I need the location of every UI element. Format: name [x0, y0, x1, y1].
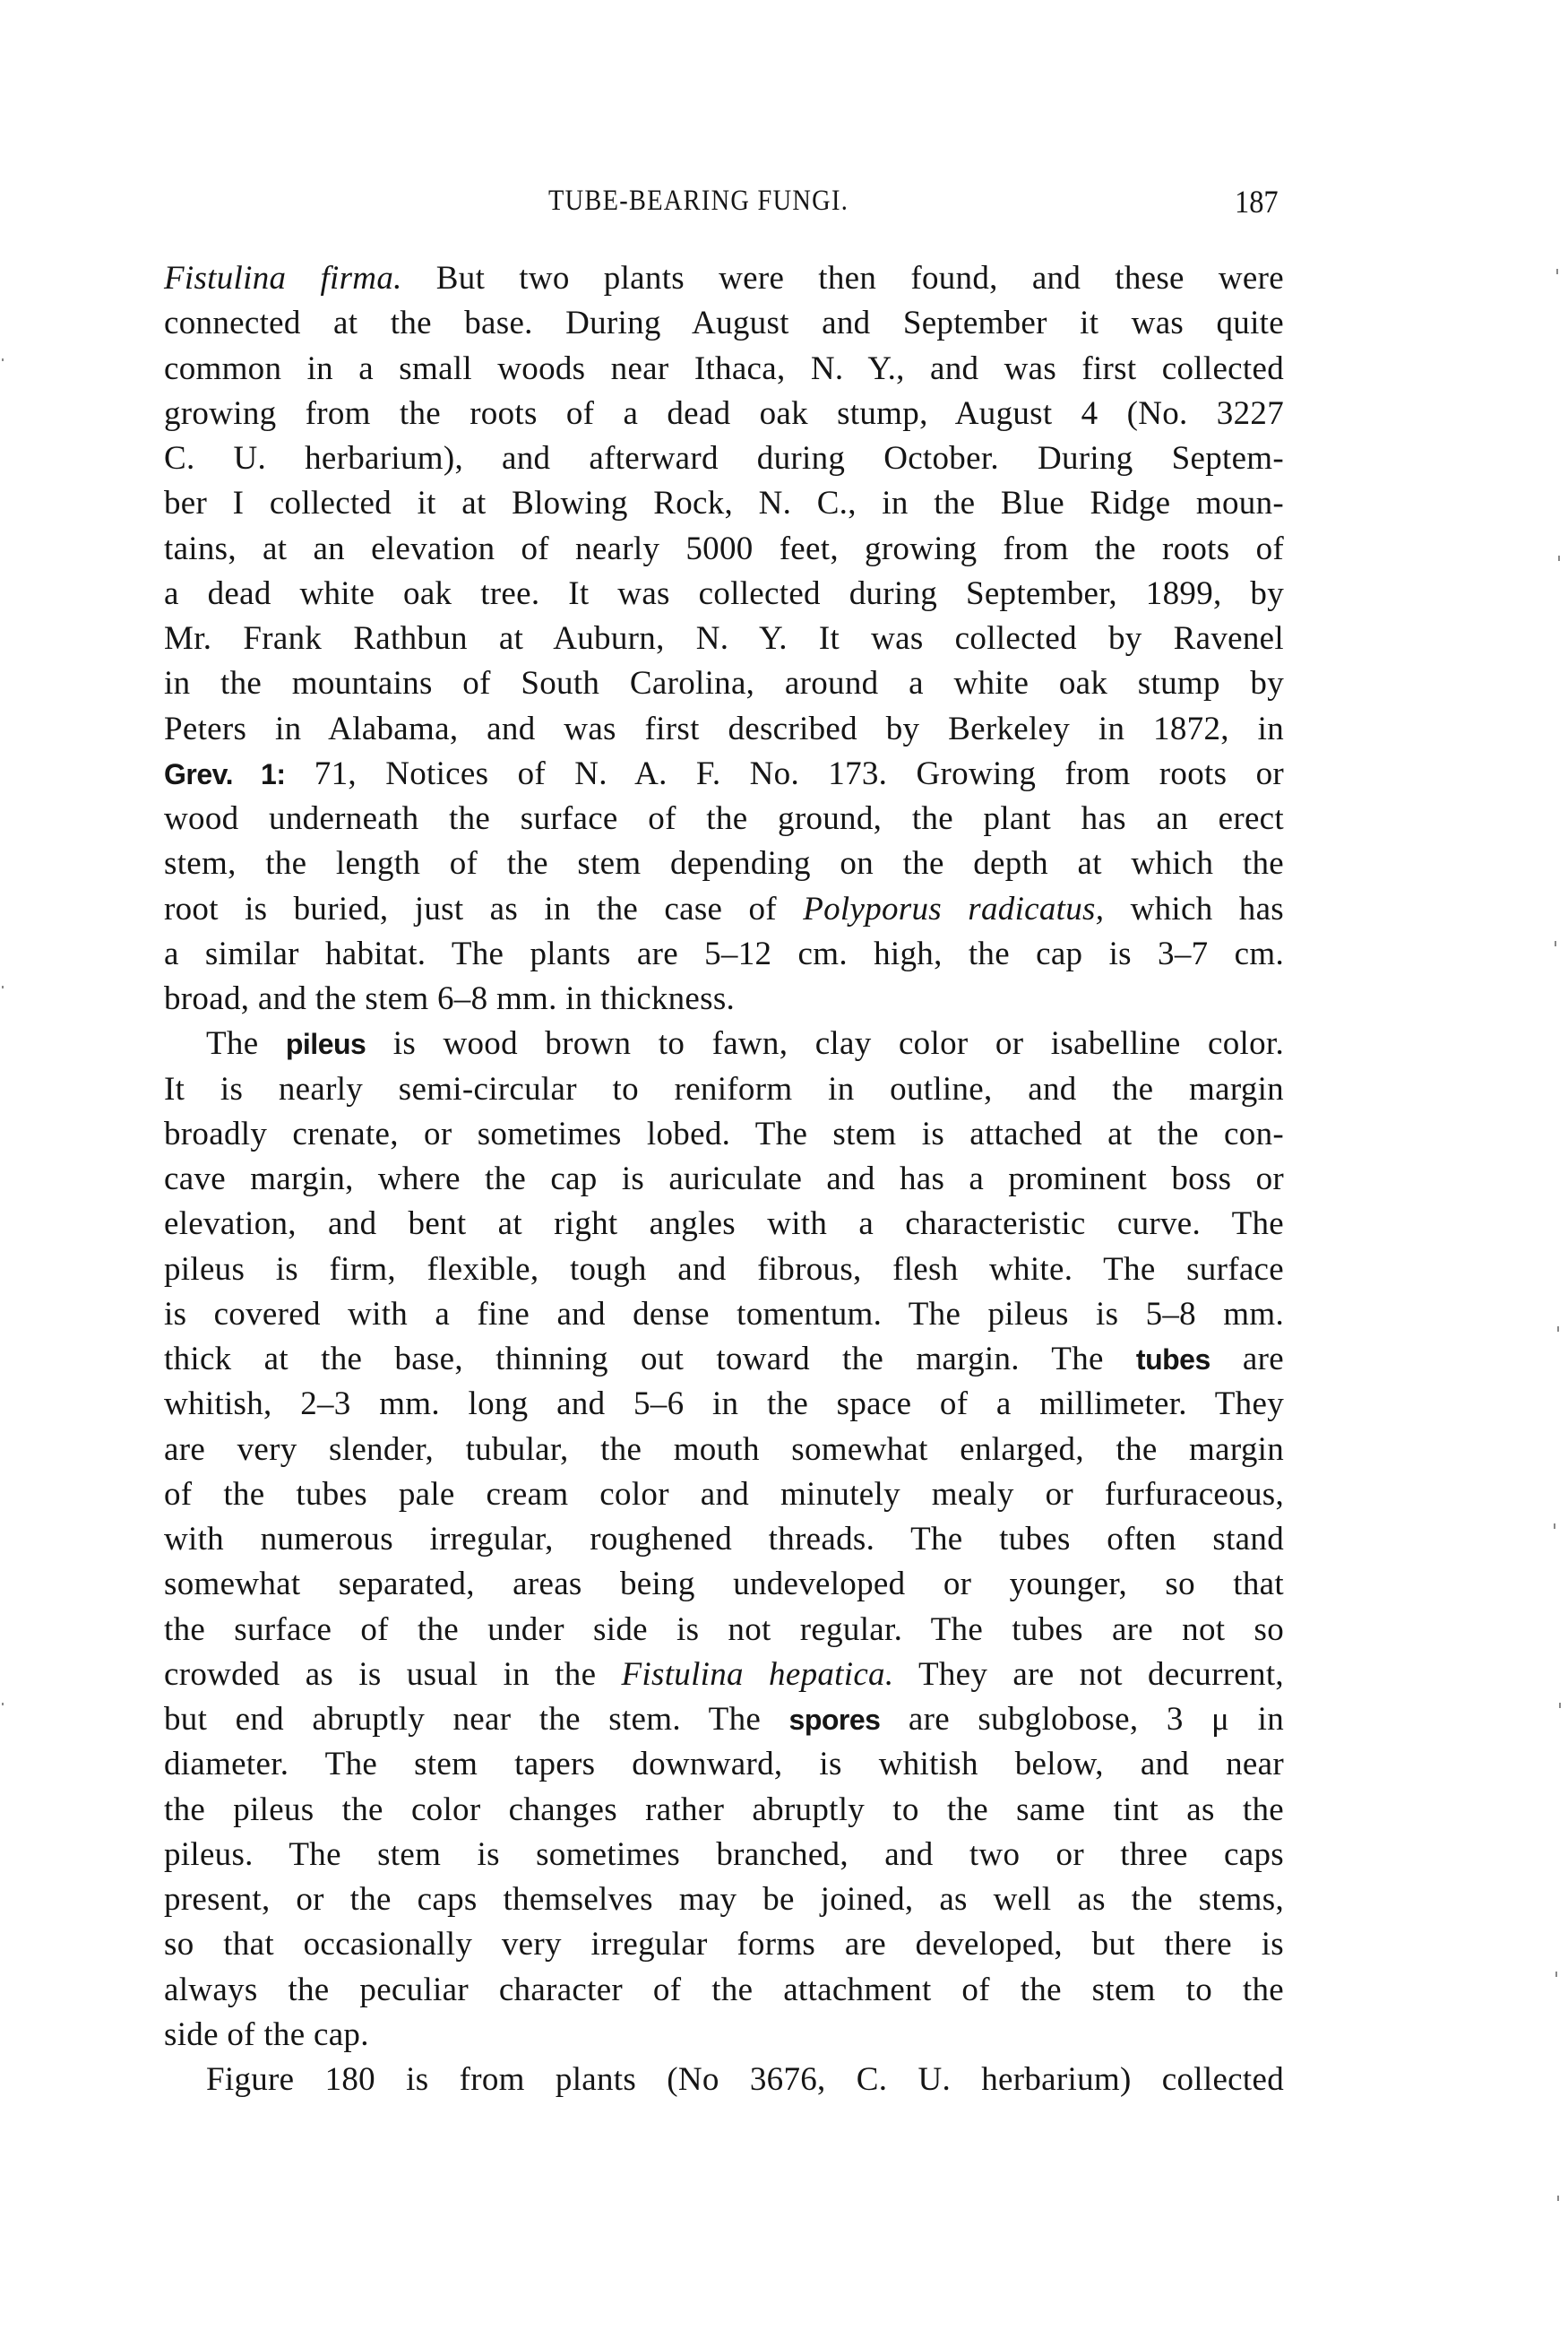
text-run: common in a small woods near Ithaca, N. …: [164, 350, 1284, 387]
text-run: tains, at an elevation of nearly 5000 fe…: [164, 531, 1284, 567]
scan-speck: [1555, 1972, 1557, 1977]
text-run: pileus is firm, flexible, tough and fibr…: [164, 1251, 1284, 1288]
text-line: broad, and the stem 6–8 mm. in thickness…: [164, 977, 1284, 1022]
text-line: Figure 180 is from plants (No 3676, C. U…: [164, 2058, 1284, 2102]
text-line: somewhat separated, areas being undevelo…: [164, 1562, 1284, 1607]
text-run: are very slender, tubular, the mouth som…: [164, 1431, 1284, 1468]
text-line: a similar habitat. The plants are 5–12 c…: [164, 932, 1284, 977]
text-run: somewhat separated, areas being undevelo…: [164, 1566, 1284, 1602]
text-run: but end abruptly near the stem. The: [164, 1701, 789, 1738]
scan-speck: [1557, 1326, 1559, 1332]
text-run: diameter. The stem tapers downward, is w…: [164, 1746, 1284, 1782]
text-run: elevation, and bent at right angles with…: [164, 1205, 1284, 1242]
scan-speck: [1556, 269, 1558, 274]
page-number: 187: [1235, 183, 1279, 220]
text-run: It is nearly semi-circular to reniform i…: [164, 1071, 1284, 1108]
italic-taxon: Fistulina hepatica.: [622, 1656, 894, 1693]
text-run: broadly crenate, or sometimes lobed. The…: [164, 1116, 1284, 1152]
text-run: stem, the length of the stem depending o…: [164, 845, 1284, 882]
text-run: Mr. Frank Rathbun at Auburn, N. Y. It wa…: [164, 620, 1284, 657]
text-line: in the mountains of South Carolina, arou…: [164, 661, 1284, 706]
text-line: are very slender, tubular, the mouth som…: [164, 1428, 1284, 1472]
italic-taxon: Fistulina firma.: [164, 260, 402, 297]
text-line: present, or the caps themselves may be j…: [164, 1877, 1284, 1922]
text-line: the pileus the color changes rather abru…: [164, 1788, 1284, 1833]
text-line: but end abruptly near the stem. The spor…: [164, 1697, 1284, 1742]
text-line: crowded as is usual in the Fistulina hep…: [164, 1653, 1284, 1697]
text-run: a dead white oak tree. It was collected …: [164, 575, 1284, 612]
text-run: connected at the base. During August and…: [164, 305, 1284, 341]
text-run: which has: [1104, 891, 1284, 928]
bold-term: spores: [789, 1704, 881, 1736]
text-line: C. U. herbarium), and afterward during O…: [164, 436, 1284, 481]
scan-speck: [2, 358, 4, 361]
text-run: a similar habitat. The plants are 5–12 c…: [164, 936, 1284, 972]
text-run: Peters in Alabama, and was first describ…: [164, 711, 1284, 747]
text-line: Mr. Frank Rathbun at Auburn, N. Y. It wa…: [164, 617, 1284, 661]
text-line: wood underneath the surface of the groun…: [164, 797, 1284, 841]
text-line: so that occasionally very irregular form…: [164, 1922, 1284, 1967]
text-run: The: [206, 1025, 286, 1062]
text-run: They are not decurrent,: [893, 1656, 1284, 1693]
text-line: stem, the length of the stem depending o…: [164, 841, 1284, 886]
text-run: in the mountains of South Carolina, arou…: [164, 665, 1284, 702]
text-run: with numerous irregular, roughened threa…: [164, 1521, 1284, 1558]
italic-taxon: Polyporus radicatus,: [803, 891, 1104, 928]
text-line: the surface of the under side is not reg…: [164, 1608, 1284, 1653]
bold-term: pileus: [286, 1028, 366, 1060]
text-run: the surface of the under side is not reg…: [164, 1611, 1284, 1648]
text-run: 71, Notices of N. A. F. No. 173. Growing…: [286, 755, 1284, 792]
running-header: TUBE-BEARING FUNGI. 187: [0, 179, 1568, 224]
text-run: are: [1210, 1341, 1284, 1377]
text-run: growing from the roots of a dead oak stu…: [164, 395, 1284, 432]
text-line: elevation, and bent at right angles with…: [164, 1202, 1284, 1247]
text-line: Grev. 1: 71, Notices of N. A. F. No. 173…: [164, 752, 1284, 797]
text-line: common in a small woods near Ithaca, N. …: [164, 347, 1284, 392]
text-line: is covered with a fine and dense tomentu…: [164, 1292, 1284, 1337]
body-text: Fistulina firma. But two plants were the…: [164, 256, 1284, 2102]
text-line: diameter. The stem tapers downward, is w…: [164, 1742, 1284, 1787]
text-run: is wood brown to fawn, clay color or isa…: [366, 1025, 1284, 1062]
running-head-title: TUBE-BEARING FUNGI.: [548, 185, 849, 218]
text-run: whitish, 2–3 mm. long and 5–6 in the spa…: [164, 1385, 1284, 1422]
text-line: tains, at an elevation of nearly 5000 fe…: [164, 527, 1284, 572]
text-line: It is nearly semi-circular to reniform i…: [164, 1067, 1284, 1112]
text-line: whitish, 2–3 mm. long and 5–6 in the spa…: [164, 1382, 1284, 1427]
text-run: are subglobose, 3 μ in: [880, 1701, 1284, 1738]
text-run: crowded as is usual in the: [164, 1656, 622, 1693]
text-line: connected at the base. During August and…: [164, 301, 1284, 346]
text-line: broadly crenate, or sometimes lobed. The…: [164, 1112, 1284, 1157]
text-run: wood underneath the surface of the groun…: [164, 800, 1284, 837]
text-line: always the peculiar character of the att…: [164, 1968, 1284, 2013]
text-run: present, or the caps themselves may be j…: [164, 1881, 1284, 1918]
bold-term: Grev. 1:: [164, 758, 286, 790]
text-line: side of the cap.: [164, 2013, 1284, 2058]
scan-speck: [2, 986, 4, 988]
scan-speck: [2, 1703, 4, 1705]
text-run: of the tubes pale cream color and minute…: [164, 1476, 1284, 1513]
bold-term: tubes: [1136, 1343, 1210, 1376]
text-run: pileus. The stem is sometimes branched, …: [164, 1836, 1284, 1873]
book-page: TUBE-BEARING FUNGI. 187 Fistulina firma.…: [0, 0, 1568, 2330]
text-line: growing from the roots of a dead oak stu…: [164, 392, 1284, 436]
text-line: cave margin, where the cap is auriculate…: [164, 1157, 1284, 1202]
text-line: of the tubes pale cream color and minute…: [164, 1472, 1284, 1517]
text-run: But two plants were then found, and thes…: [402, 260, 1284, 297]
text-run: thick at the base, thinning out toward t…: [164, 1341, 1136, 1377]
text-line: root is buried, just as in the case of P…: [164, 887, 1284, 932]
scan-speck: [1558, 556, 1560, 561]
scan-speck: [1557, 2196, 1559, 2201]
scan-speck: [1559, 1703, 1561, 1708]
text-run: always the peculiar character of the att…: [164, 1972, 1284, 2008]
text-line: Peters in Alabama, and was first describ…: [164, 707, 1284, 752]
text-line: The pileus is wood brown to fawn, clay c…: [164, 1022, 1284, 1066]
text-run: side of the cap.: [164, 2016, 369, 2053]
text-line: pileus. The stem is sometimes branched, …: [164, 1833, 1284, 1877]
text-run: is covered with a fine and dense tomentu…: [164, 1296, 1284, 1333]
scan-speck: [1554, 1523, 1555, 1529]
text-run: root is buried, just as in the case of: [164, 891, 803, 928]
text-line: thick at the base, thinning out toward t…: [164, 1337, 1284, 1382]
text-line: a dead white oak tree. It was collected …: [164, 572, 1284, 617]
text-line: pileus is firm, flexible, tough and fibr…: [164, 1247, 1284, 1292]
text-run: so that occasionally very irregular form…: [164, 1926, 1284, 1963]
scan-speck: [1555, 941, 1556, 946]
text-line: ber I collected it at Blowing Rock, N. C…: [164, 481, 1284, 526]
text-run: broad, and the stem 6–8 mm. in thickness…: [164, 980, 735, 1017]
text-line: Fistulina firma. But two plants were the…: [164, 256, 1284, 301]
text-run: C. U. herbarium), and afterward during O…: [164, 440, 1284, 477]
text-run: cave margin, where the cap is auriculate…: [164, 1161, 1284, 1197]
text-run: Figure 180 is from plants (No 3676, C. U…: [206, 2061, 1284, 2098]
text-run: the pileus the color changes rather abru…: [164, 1791, 1284, 1828]
text-line: with numerous irregular, roughened threa…: [164, 1517, 1284, 1562]
text-run: ber I collected it at Blowing Rock, N. C…: [164, 485, 1284, 522]
